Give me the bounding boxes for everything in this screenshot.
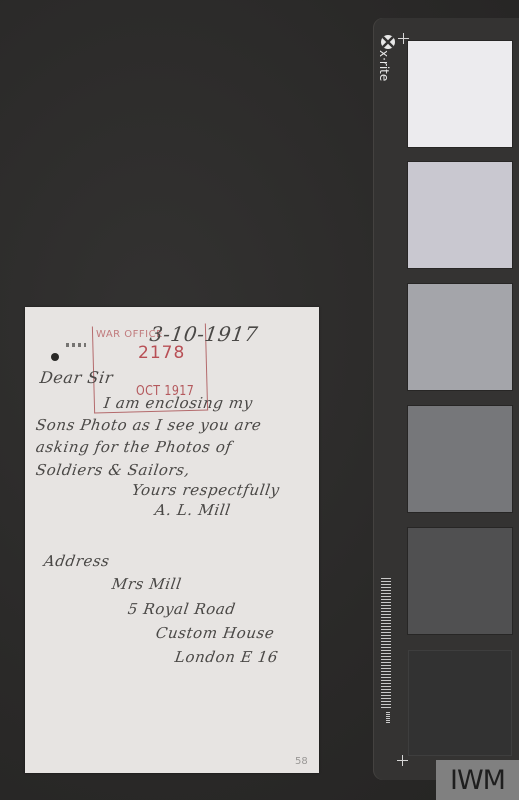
body-line-1: I am enclosing my [103, 394, 254, 412]
body-line-4: Soldiers & Sailors, [35, 461, 192, 479]
closing: Yours respectfully [131, 481, 281, 499]
salutation: Dear Sir [39, 368, 115, 387]
patch-mid-light-grey [408, 284, 512, 390]
ruler-end-marks [386, 712, 390, 724]
page-number: 58 [295, 756, 308, 767]
body-line-3: asking for the Photos of [35, 438, 233, 456]
address-label: Address [43, 552, 111, 570]
stamp-number: 2178 [138, 343, 185, 363]
iwm-label: IWM [450, 765, 505, 796]
punch-hole [51, 353, 59, 361]
ruler-scale [381, 578, 391, 710]
signature: A. L. Mill [154, 501, 232, 519]
letter-date: 3-10-1917 [148, 322, 259, 346]
address-line-3: Custom House [155, 624, 276, 642]
patch-mid-grey [408, 406, 512, 512]
address-line-1: Mrs Mill [111, 575, 183, 593]
iwm-watermark: IWM [436, 760, 519, 800]
patch-light-grey [408, 162, 512, 268]
patch-dark-grey [408, 528, 512, 634]
xrite-brand-text: x·rite [377, 50, 391, 81]
crosshair-bottom-icon [397, 755, 408, 766]
address-line-4: London E 16 [174, 648, 280, 666]
patch-white [408, 41, 512, 147]
punch-marks [66, 343, 86, 347]
address-line-2: 5 Royal Road [127, 600, 237, 618]
body-line-2: Sons Photo as I see you are [35, 416, 263, 434]
patch-black [408, 650, 512, 756]
